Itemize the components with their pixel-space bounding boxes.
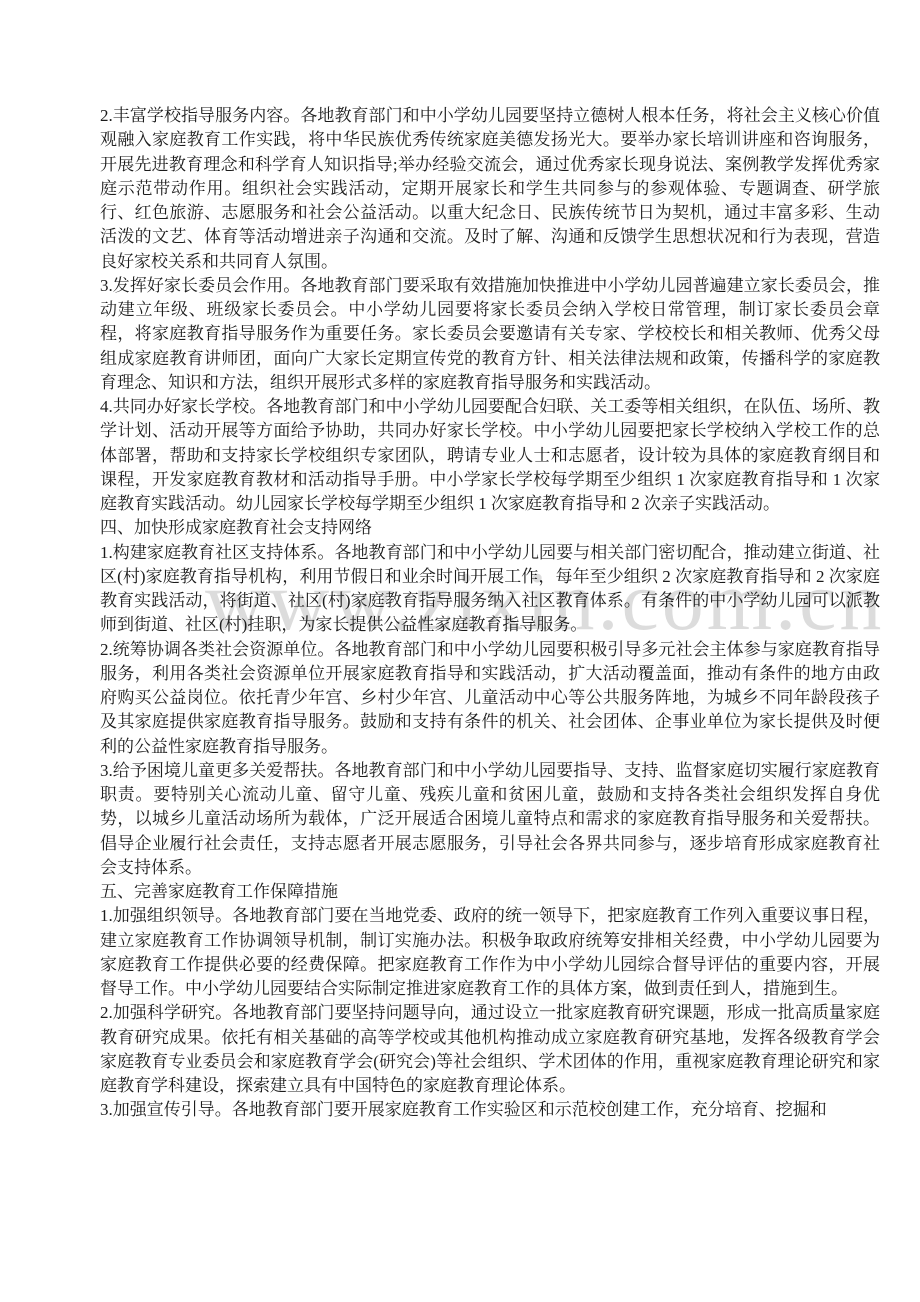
paragraph: 1.加强组织领导。各地教育部门要在当地党委、政府的统一领导下，把家庭教育工作列入… (100, 904, 880, 1001)
paragraph: 1.构建家庭教育社区支持体系。各地教育部门和中小学幼儿园要与相关部门密切配合，推… (100, 541, 880, 638)
paragraph: 2.加强科学研究。各地教育部门要坚持问题导向，通过设立一批家庭教育研究课题，形成… (100, 1001, 880, 1098)
document-body: 2.丰富学校指导服务内容。各地教育部门和中小学幼儿园要坚持立德树人根本任务，将社… (100, 104, 880, 1123)
document-page: www.zixin.com.cn 2.丰富学校指导服务内容。各地教育部门和中小学… (0, 0, 920, 1302)
paragraph: 五、完善家庭教育工作保障措施 (100, 880, 880, 904)
paragraph: 2.统筹协调各类社会资源单位。各地教育部门和中小学幼儿园要积极引导多元社会主体参… (100, 638, 880, 759)
paragraph: 2.丰富学校指导服务内容。各地教育部门和中小学幼儿园要坚持立德树人根本任务，将社… (100, 104, 880, 274)
paragraph: 3.发挥好家长委员会作用。各地教育部门要采取有效措施加快推进中小学幼儿园普遍建立… (100, 274, 880, 395)
paragraph: 4.共同办好家长学校。各地教育部门和中小学幼儿园要配合妇联、关工委等相关组织，在… (100, 395, 880, 516)
paragraph: 3.给予困境儿童更多关爱帮扶。各地教育部门和中小学幼儿园要指导、支持、监督家庭切… (100, 759, 880, 880)
paragraph: 3.加强宣传引导。各地教育部门要开展家庭教育工作实验区和示范校创建工作，充分培育… (100, 1098, 880, 1122)
paragraph: 四、加快形成家庭教育社会支持网络 (100, 516, 880, 540)
